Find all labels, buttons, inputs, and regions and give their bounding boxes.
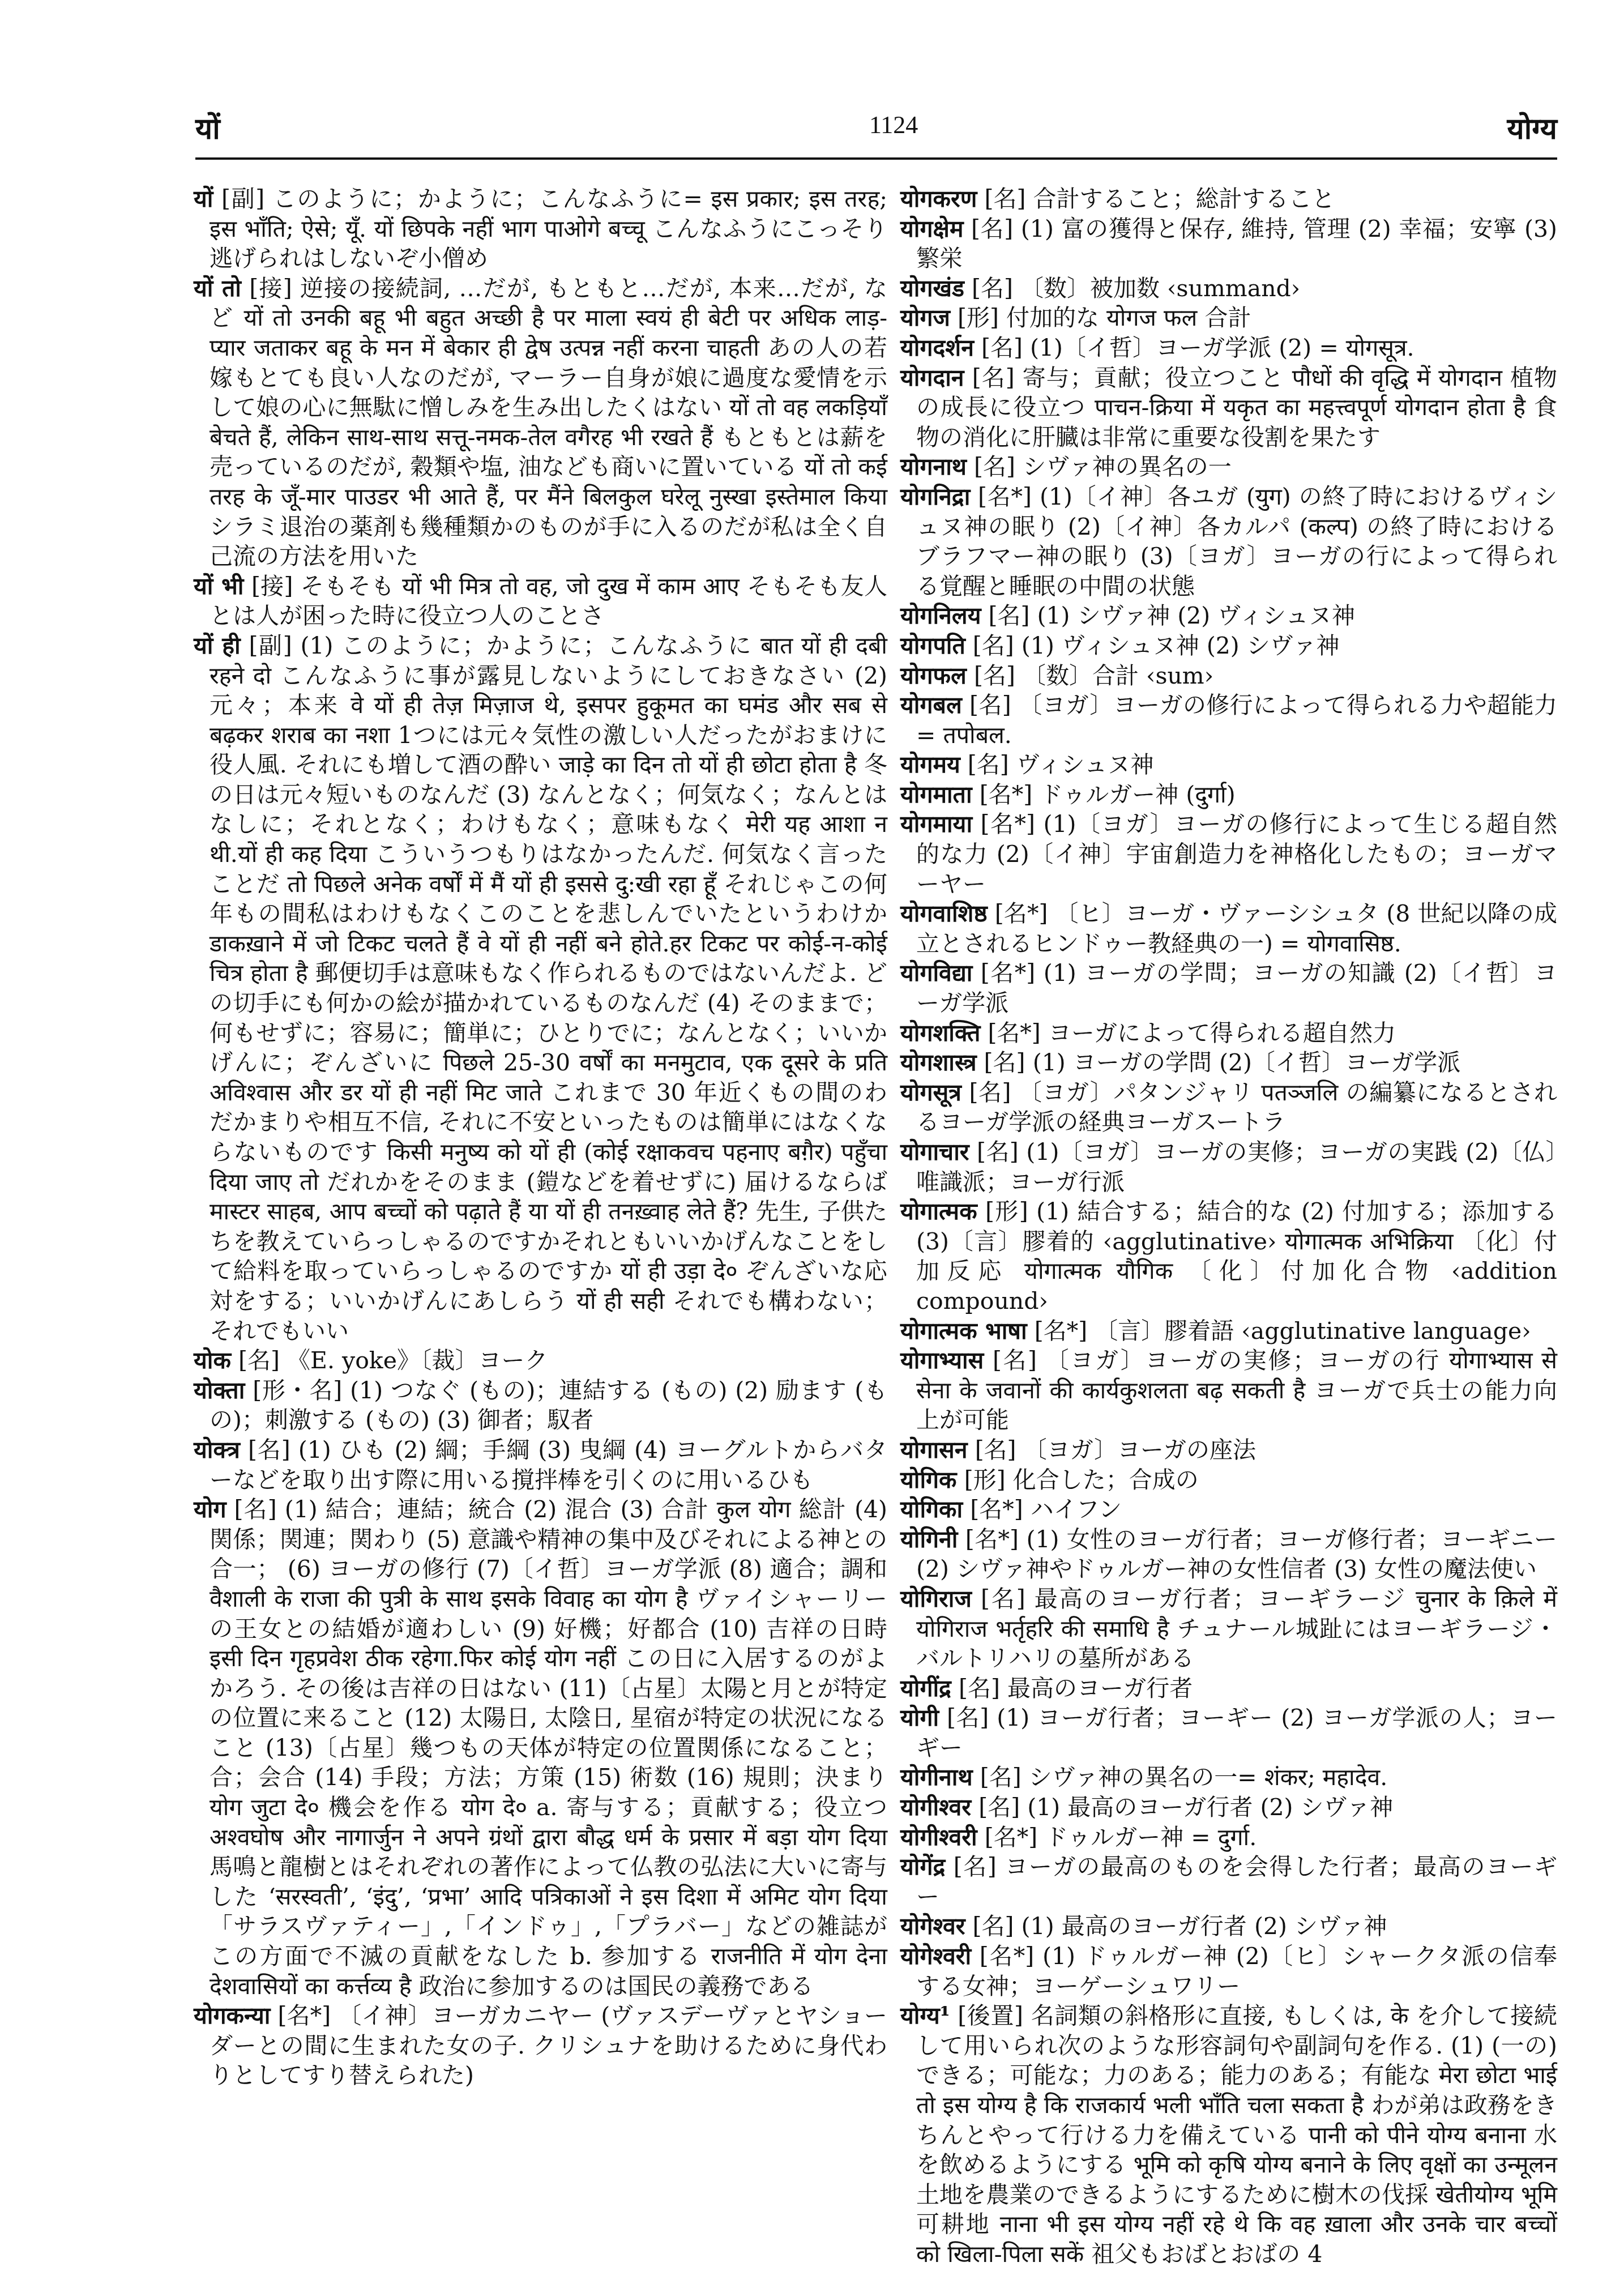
entry-part-of-speech: [名] (969, 1079, 1011, 1106)
entry-headword: यों तो (194, 275, 241, 302)
dictionary-entry: यों ही [副] (1) このように；かように；こんなふうに बात यों… (194, 631, 887, 1346)
entry-part-of-speech: [名*] (988, 1019, 1041, 1047)
entry-definition: 逆接の接続詞, …だが, もともと…だが, 本来…だが, など यों तो उ… (210, 275, 887, 570)
dictionary-entry: योगाभ्यास [名] 〔ヨガ〕ヨーガの実修；ヨーガの行 योगाभ्यास… (900, 1346, 1557, 1435)
entry-headword: योगबल (900, 692, 962, 719)
entry-definition: (1) シヴァ神 (2) ヴィシュヌ神 (1037, 602, 1356, 629)
entry-part-of-speech: [名] (238, 1347, 280, 1374)
entry-definition: (1) このように；かように；こんなふうに बात यों ही दबी रहन… (210, 632, 887, 1345)
entry-part-of-speech: [名*] (981, 959, 1035, 987)
dictionary-entry: योगीश्वर [名] (1) 最高のヨーガ行者 (2) シヴァ神 (900, 1792, 1557, 1822)
entry-headword: योगी (900, 1704, 939, 1731)
dictionary-entry: योगविद्या [名*] (1) ヨーガの学問；ヨーガの知識 (2)〔イ哲〕… (900, 958, 1557, 1018)
dictionary-entry: योगिराज [名] 最高のヨーガ行者；ヨーギラージ चुनार के क़ि… (900, 1584, 1557, 1674)
dictionary-entry: योगमय [名] ヴィシュヌ神 (900, 750, 1557, 780)
dictionary-entry: योगवाशिष्ठ [名*] 〔ヒ〕ヨーガ・ヴァーシシュタ (8 世紀以降の成… (900, 899, 1557, 958)
entry-part-of-speech: [名] (971, 215, 1013, 242)
entry-part-of-speech: [副] (221, 185, 264, 212)
entry-part-of-speech: [名] (988, 602, 1029, 629)
entry-part-of-speech: [名] (993, 1347, 1037, 1374)
entry-definition: 化合した；合成の (1013, 1466, 1199, 1493)
entry-part-of-speech: [名*] (970, 1496, 1023, 1523)
entry-part-of-speech: [名] (954, 1853, 997, 1880)
entry-definition: (1) 結合；連結；統合 (2) 混合 (3) 合計 कुल योग 総計 (4… (210, 1496, 887, 2000)
dictionary-entry: योगासन [名] 〔ヨガ〕ヨーガの座法 (900, 1435, 1557, 1465)
entry-definition: 〔ヨガ〕ヨーガの座法 (1024, 1436, 1256, 1463)
entry-part-of-speech: [接] (249, 275, 292, 302)
entry-definition: 〔ヨガ〕パタンジャリ पतञ्जलि の編纂になるとされるヨーガ学派の経典ヨーガ… (916, 1079, 1557, 1136)
entry-headword: योगक्षेम (900, 215, 963, 242)
dictionary-entry: यों भी [接] そもそも यों भी मित्र तो वह, जो द… (194, 571, 887, 631)
entry-headword: योक्त्र (194, 1436, 240, 1463)
entry-part-of-speech: [名*] (985, 1824, 1038, 1851)
entry-part-of-speech: [名] (981, 1585, 1025, 1612)
entry-part-of-speech: [名] (973, 1913, 1014, 1940)
entry-part-of-speech: [名*] (981, 810, 1035, 838)
entry-part-of-speech: [名] (973, 632, 1014, 659)
dictionary-entry: योगेश्वरी [名*] (1) ドゥルガー神 (2)〔ヒ〕シャークタ派の信… (900, 1941, 1557, 2001)
entry-headword: योगनिद्रा (900, 483, 970, 510)
dictionary-entry: योगपति [名] (1) ヴィシュヌ神 (2) シヴァ神 (900, 631, 1557, 661)
entry-headword: योगीश्वर (900, 1794, 971, 1821)
entry-part-of-speech: [名] (978, 1794, 1020, 1821)
entry-headword: योगीश्वरी (900, 1824, 977, 1851)
entry-definition: ヨーガによって得られる超自然力 (1048, 1019, 1396, 1047)
entry-definition: 名詞類の斜格形に直接, もしくは, के を介して接続して用いられ次のような形容… (916, 2002, 1557, 2268)
entry-part-of-speech: [形] (958, 304, 999, 331)
entry-part-of-speech: [名] (972, 364, 1015, 391)
dictionary-entry: योक्त्र [名] (1) ひも (2) 綱；手綱 (3) 曳綱 (4) ヨ… (194, 1435, 887, 1495)
entry-definition: (1) ひも (2) 綱；手綱 (3) 曳綱 (4) ヨーグルトからバターなどを… (210, 1436, 887, 1493)
entry-headword: यों ही (194, 632, 241, 659)
dictionary-entry: योगात्मक भाषा [名*] 〔言〕膠着語 ‹agglutinative… (900, 1316, 1557, 1346)
dictionary-entry: योगींद्र [名] 最高のヨーガ行者 (900, 1674, 1557, 1704)
entry-definition: シヴァ神の異名の一 (1023, 453, 1232, 480)
dictionary-entry: योगशक्ति [名*] ヨーガによって得られる超自然力 (900, 1018, 1557, 1048)
entry-headword: योगमाता (900, 781, 972, 808)
entry-part-of-speech: [名] (234, 1496, 277, 1523)
entry-definition: 合計すること；総計すること (1033, 185, 1335, 212)
entry-definition: (1)〔イ哲〕ヨーガ学派 (2) = योगसूत्र. (1030, 334, 1414, 361)
entry-part-of-speech: [名] (974, 453, 1015, 480)
entry-headword: योगविद्या (900, 959, 972, 987)
entry-part-of-speech: [名] (968, 751, 1009, 778)
page-number: 1124 (869, 110, 918, 139)
entry-headword: योगज (900, 304, 950, 331)
entry-headword: योगनाथ (900, 453, 967, 480)
entry-headword: योगासन (900, 1436, 968, 1463)
dictionary-entry: योगीनाथ [名] シヴァ神の異名の一= शंकर; महादेव. (900, 1762, 1557, 1792)
right-column: योगकरण [名] 合計すること；総計することयोगक्षेम [名] (1)… (900, 184, 1557, 2269)
entry-definition: 〔言〕膠着語 ‹agglutinative language› (1095, 1317, 1531, 1345)
entry-part-of-speech: [名*] (965, 1526, 1019, 1553)
entry-definition: (1) ヨーガの学問 (2)〔イ哲〕ヨーガ学派 (1033, 1049, 1461, 1076)
entry-headword: योगाभ्यास (900, 1347, 984, 1374)
entry-headword: योगीनाथ (900, 1764, 973, 1791)
entry-headword: योगात्मक भाषा (900, 1317, 1027, 1345)
page-header: यों 1124 योग्य (195, 108, 1557, 156)
dictionary-entry: योगी [名] (1) ヨーガ行者；ヨーギー (2) ヨーガ学派の人；ヨーギー (900, 1703, 1557, 1762)
entry-headword: योगेश्वर (900, 1913, 965, 1940)
dictionary-entry: योगखंड [名] 〔数〕被加数 ‹summand› (900, 274, 1557, 304)
entry-part-of-speech: [名*] (980, 781, 1033, 808)
entry-headword: योगशक्ति (900, 1019, 980, 1047)
dictionary-entry: योग [名] (1) 結合；連結；統合 (2) 混合 (3) 合計 कुल य… (194, 1495, 887, 2001)
dictionary-entry: योगिक [形] 化合した；合成の (900, 1465, 1557, 1495)
dictionary-entry: योगेश्वर [名] (1) 最高のヨーガ行者 (2) シヴァ神 (900, 1911, 1557, 1941)
entry-part-of-speech: [名*] (995, 900, 1048, 927)
dictionary-entry: योगज [形] 付加的な योगज फल 合計 (900, 303, 1557, 333)
dictionary-entry: योगिनी [名*] (1) 女性のヨーガ行者；ヨーガ修行者；ヨーギニー (2… (900, 1525, 1557, 1584)
dictionary-entry: योगदर्शन [名] (1)〔イ哲〕ヨーガ学派 (2) = योगसूत्र… (900, 333, 1557, 363)
entry-part-of-speech: [名] (975, 1436, 1016, 1463)
entry-headword: योगदर्शन (900, 334, 974, 361)
dictionary-entry: योगीश्वरी [名*] ドゥルガー神 = दुर्गा. (900, 1822, 1557, 1853)
entry-definition: 《E. yoke》〔裁〕ヨーク (287, 1347, 548, 1374)
entry-definition: このように；かように；こんなふうに= इस प्रकार; इस तरह; इस… (210, 185, 887, 272)
entry-definition: 付加的な योगज फल 合計 (1006, 304, 1251, 331)
entry-part-of-speech: [名*] (978, 483, 1032, 510)
entry-headword: योगनिलय (900, 602, 981, 629)
dictionary-entry: योक्ता [形・名] (1) つなぐ (もの)；連結する (もの) (2) … (194, 1376, 887, 1435)
entry-part-of-speech: [形] (964, 1466, 1006, 1493)
entry-part-of-speech: [名] (984, 1049, 1025, 1076)
dictionary-entry: योगेंद्र [名] ヨーガの最高のものを会得した行者；最高のヨーギー (900, 1852, 1557, 1911)
entry-headword: यों (194, 185, 213, 212)
dictionary-entry: योगनाथ [名] シヴァ神の異名の一 (900, 452, 1557, 482)
entry-part-of-speech: [名] (980, 1764, 1022, 1791)
header-rule (195, 157, 1557, 160)
dictionary-entry: योगसूत्र [名] 〔ヨガ〕パタンジャリ पतञ्जलि の編纂になるとさ… (900, 1078, 1557, 1137)
dictionary-entry: योगदान [名] 寄与；貢献；役立つこと पौधों की वृद्धि म… (900, 363, 1557, 453)
entry-part-of-speech: [名] (972, 275, 1013, 302)
entry-headword: योग्य¹ (900, 2002, 950, 2029)
entry-definition: ヴィシュヌ神 (1016, 751, 1154, 778)
entry-headword: योगकन्या (194, 2002, 270, 2029)
dictionary-entry: योगमाता [名*] ドゥルガー神 (दुर्गा) (900, 780, 1557, 810)
dictionary-entry: योगफल [名] 〔数〕合計 ‹sum› (900, 661, 1557, 691)
entry-part-of-speech: [名*] (980, 1943, 1035, 1970)
entry-definition: 〔ヨガ〕ヨーガの修行によって得られる力や超能力 = तपोबल. (916, 692, 1557, 749)
entry-part-of-speech: [後置] (958, 2002, 1023, 2029)
entry-part-of-speech: [接] (251, 573, 293, 600)
entry-part-of-speech: [名] (974, 662, 1015, 689)
entry-headword: योक (194, 1347, 231, 1374)
entry-definition: 〔数〕合計 ‹sum› (1023, 662, 1213, 689)
entry-part-of-speech: [名*] (1035, 1317, 1088, 1345)
entry-definition: シヴァ神の異名の一= शंकर; महादेव. (1029, 1764, 1387, 1791)
entry-headword: योग (194, 1496, 226, 1523)
entry-headword: योगिनी (900, 1526, 958, 1553)
dictionary-entry: योगनिलय [名] (1) シヴァ神 (2) ヴィシュヌ神 (900, 601, 1557, 631)
entry-part-of-speech: [名] (984, 185, 1025, 212)
guide-word-right: योग्य (1507, 108, 1557, 148)
entry-headword: योगपति (900, 632, 965, 659)
dictionary-entry: योगबल [名] 〔ヨガ〕ヨーガの修行によって得られる力や超能力 = तपोब… (900, 690, 1557, 750)
entry-headword: योगात्मक (900, 1198, 977, 1225)
entry-headword: योगिक (900, 1466, 957, 1493)
entry-definition: (1) 最高のヨーガ行者 (2) シヴァ神 (1027, 1794, 1393, 1821)
entry-headword: योगिराज (900, 1585, 972, 1612)
entry-definition: (1) 最高のヨーガ行者 (2) シヴァ神 (1022, 1913, 1387, 1940)
entry-definition: ドゥルガー神 = दुर्गा. (1045, 1824, 1257, 1851)
dictionary-entry: योगमाया [名*] (1)〔ヨガ〕ヨーガの修行によって生じる超自然的な力 … (900, 809, 1557, 899)
entry-definition: 〔数〕被加数 ‹summand› (1020, 275, 1300, 302)
entry-headword: योक्ता (194, 1377, 245, 1404)
entry-part-of-speech: [名] (959, 1675, 1000, 1702)
entry-headword: योगखंड (900, 275, 964, 302)
entry-headword: यों भी (194, 573, 243, 600)
entry-headword: योगमाया (900, 810, 972, 838)
entry-headword: योगिका (900, 1496, 963, 1523)
entry-headword: योगकरण (900, 185, 977, 212)
dictionary-entry: यों [副] このように；かように；こんなふうに= इस प्रकार; इस… (194, 184, 887, 274)
dictionary-entry: योगकन्या [名*] 〔イ神〕ヨーガカニヤー (ヴァスデーヴァとヤショーダ… (194, 2001, 887, 2090)
entry-headword: योगींद्र (900, 1675, 951, 1702)
left-column: यों [副] このように；かように；こんなふうに= इस प्रकार; इस… (194, 184, 887, 2090)
entry-headword: योगेंद्र (900, 1853, 945, 1880)
entry-definition: 最高のヨーガ行者 (1007, 1675, 1193, 1702)
entry-headword: योगफल (900, 662, 967, 689)
dictionary-entry: योगाचार [名] (1)〔ヨガ〕ヨーガの実修；ヨーガの実践 (2)〔仏〕唯… (900, 1137, 1557, 1197)
dictionary-entry: योगनिद्रा [名*] (1)〔イ神〕各ユガ (युग) の終了時における… (900, 482, 1557, 601)
entry-definition: (1) ヨーガ行者；ヨーギー (2) ヨーガ学派の人；ヨーギー (916, 1704, 1557, 1761)
entry-part-of-speech: [名] (969, 692, 1011, 719)
dictionary-entry: योक [名] 《E. yoke》〔裁〕ヨーク (194, 1346, 887, 1376)
dictionary-entry: योगक्षेम [名] (1) 富の獲得と保存, 維持, 管理 (2) 幸福；… (900, 214, 1557, 274)
entry-part-of-speech: [副] (249, 632, 292, 659)
entry-headword: योगमय (900, 751, 960, 778)
dictionary-entry: योगशास्त्र [名] (1) ヨーガの学問 (2)〔イ哲〕ヨーガ学派 (900, 1048, 1557, 1078)
entry-definition: ヨーガの最高のものを会得した行者；最高のヨーギー (916, 1853, 1557, 1910)
dictionary-entry: योगकरण [名] 合計すること；総計すること (900, 184, 1557, 214)
entry-part-of-speech: [名] (947, 1704, 989, 1731)
dictionary-entry: योगात्मक [形] (1) 結合する；結合的な (2) 付加する；添加する… (900, 1197, 1557, 1316)
entry-definition: (1) ヴィシュヌ神 (2) シヴァ神 (1022, 632, 1340, 659)
entry-definition: ドゥルガー神 (दुर्गा) (1040, 781, 1235, 808)
entry-part-of-speech: [名] (248, 1436, 290, 1463)
entry-part-of-speech: [名] (981, 334, 1023, 361)
entry-definition: ハイフン (1031, 1496, 1122, 1523)
entry-headword: योगदान (900, 364, 964, 391)
entry-headword: योगशास्त्र (900, 1049, 977, 1076)
entry-headword: योगसूत्र (900, 1079, 961, 1106)
entry-part-of-speech: [形] (985, 1198, 1028, 1225)
entry-part-of-speech: [形・名] (253, 1377, 342, 1404)
entry-headword: योगवाशिष्ठ (900, 900, 988, 927)
dictionary-entry: योगिका [名*] ハイフン (900, 1495, 1557, 1525)
entry-headword: योगेश्वरी (900, 1943, 971, 1970)
entry-headword: योगाचार (900, 1138, 969, 1166)
dictionary-entry: यों तो [接] 逆接の接続詞, …だが, もともと…だが, 本来…だが, … (194, 274, 887, 571)
dictionary-entry: योग्य¹ [後置] 名詞類の斜格形に直接, もしくは, के を介して接続し… (900, 2001, 1557, 2269)
entry-part-of-speech: [名] (977, 1138, 1019, 1166)
entry-definition: そもそも यों भी मित्र तो वह, जो दुख में काम … (210, 573, 887, 630)
guide-word-left: यों (195, 108, 220, 148)
entry-part-of-speech: [名*] (278, 2002, 331, 2029)
